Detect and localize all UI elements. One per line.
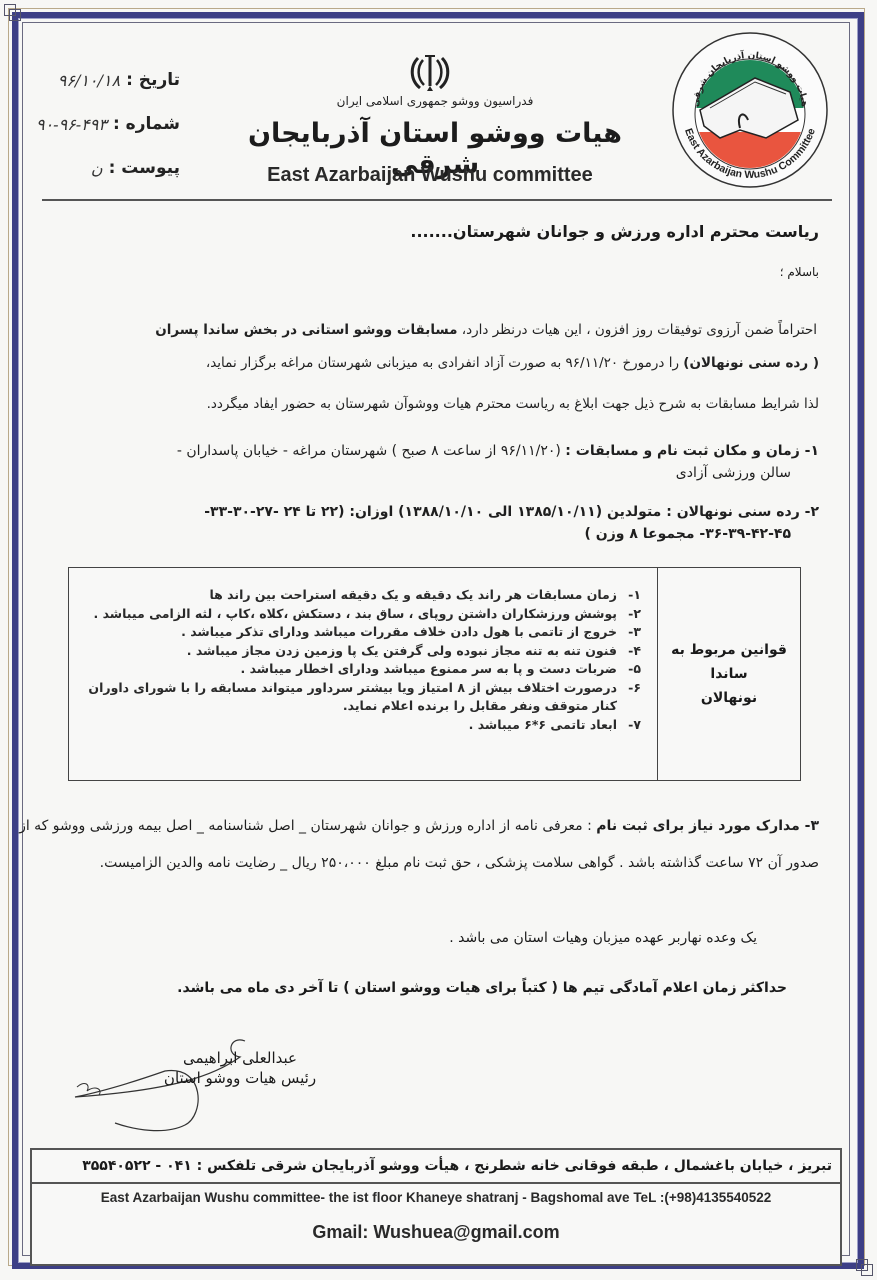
signatory-block: عبدالعلی ابراهیمی رئیس هیات ووشو استان <box>140 1048 340 1088</box>
deadline-note: حداکثر زمان اعلام آمادگی تیم ها ( کتباً … <box>177 980 787 996</box>
iran-emblem-icon <box>408 50 452 94</box>
item-time-place: ۱- زمان و مکان ثبت نام و مسابقات : (۹۶/۱… <box>19 440 819 484</box>
intro-text: احتراماً ضمن آرزوی توفیقات روز افزون ، ا… <box>462 322 817 338</box>
intro-emphasis: مسابقات ووشو استانی در بخش ساندا پسران <box>155 322 457 338</box>
rule-number: ۶- <box>617 679 641 716</box>
intro-line-1: احتراماً ضمن آرزوی توفیقات روز افزون ، ا… <box>47 322 817 338</box>
rules-heading-line: قوانین مربوط به <box>671 638 787 662</box>
rule-text: خروج از تاتمی با هول دادن خلاف مقررات می… <box>69 623 617 642</box>
item-continuation: ۳۶-۳۹-۴۲-۴۵- مجموعا ۸ وزن ) <box>19 523 819 545</box>
letter-meta: تاریخ : ۹۶/۱۰/۱۸ شماره : ۹۰-۹۶-۴۹۳ پیوست… <box>10 58 180 190</box>
rules-table-heading: قوانین مربوط به ساندا نونهالان <box>657 568 800 780</box>
header-divider <box>42 199 832 201</box>
rule-item: ۶-درصورت اختلاف بیش از ۸ امتیاز ویا بیشت… <box>69 679 641 716</box>
item-label: ۲- رده سنی نونهالان : <box>666 504 819 520</box>
rules-table: قوانین مربوط به ساندا نونهالان ۱-زمان مس… <box>68 567 801 781</box>
item-age-group: ۲- رده سنی نونهالان : متولدین (۱۳۸۵/۱۰/۱… <box>19 501 819 545</box>
attachment-label: پیوست : <box>109 158 180 178</box>
footer-address-fa: تبریز ، خیابان باغشمال ، طبقه فوقانی خان… <box>32 1150 840 1184</box>
rule-text: فنون تنه به تنه مجاز نبوده ولی گرفتن یک … <box>69 642 617 661</box>
rule-number: ۳- <box>617 623 641 642</box>
rule-item: ۴-فنون تنه به تنه مجاز نبوده ولی گرفتن ی… <box>69 642 641 661</box>
age-group-emphasis: ( رده سنی نونهالان) <box>683 355 819 371</box>
rule-text: درصورت اختلاف بیش از ۸ امتیاز ویا بیشتر … <box>69 679 617 716</box>
rule-item: ۳-خروج از تاتمی با هول دادن خلاف مقررات … <box>69 623 641 642</box>
date-value: ۹۶/۱۰/۱۸ <box>58 71 120 90</box>
item-label: ۳- مدارک مورد نیاز برای ثبت نام <box>596 818 819 834</box>
footer-email: Gmail: Wushuea@gmail.com <box>32 1222 840 1243</box>
federation-name: فدراسیون ووشو جمهوری اسلامی ایران <box>270 94 600 108</box>
signatory-name: عبدالعلی ابراهیمی <box>140 1048 340 1068</box>
rule-number: ۴- <box>617 642 641 661</box>
number-label: شماره : <box>113 114 180 134</box>
attachment-value: ن <box>91 159 103 178</box>
rule-item: ۱-زمان مسابقات هر راند یک دقیقه و یک دقی… <box>69 586 641 605</box>
intro-line-3: لذا شرایط مسابقات به شرح ذیل جهت ابلاغ ب… <box>49 396 819 412</box>
committee-title-en: East Azarbaijan Wushu committee <box>240 164 620 187</box>
footer-address-en: East Azarbaijan Wushu committee- the ist… <box>32 1190 840 1205</box>
meta-attachment: پیوست : ن <box>10 146 180 190</box>
intro-text: را درمورخ ۹۶/۱۱/۲۰ به صورت آزاد انفرادی … <box>206 355 683 371</box>
signatory-title: رئیس هیات ووشو استان <box>140 1068 340 1088</box>
item-required-documents: ۳- مدارک مورد نیاز برای ثبت نام : معرفی … <box>19 808 819 882</box>
rule-number: ۷- <box>617 716 641 735</box>
rule-text: ابعاد تاتمی ۶*۶ میباشد . <box>69 716 617 735</box>
lunch-note: یک وعده نهاربر عهده میزبان وهیات استان م… <box>449 930 757 946</box>
rule-number: ۵- <box>617 660 641 679</box>
meta-date: تاریخ : ۹۶/۱۰/۱۸ <box>10 58 180 102</box>
rule-number: ۲- <box>617 605 641 624</box>
addressee: ریاست محترم اداره ورزش و جوانان شهرستان.… <box>59 222 819 241</box>
greeting: باسلام ؛ <box>780 265 819 279</box>
rules-heading-line: نونهالان <box>671 686 787 710</box>
rule-item: ۵-ضربات دست و پا به سر ممنوع میباشد ودار… <box>69 660 641 679</box>
rule-number: ۱- <box>617 586 641 605</box>
item-text: (۹۶/۱۱/۲۰ از ساعت ۸ صبح ) شهرستان مراغه … <box>177 443 565 459</box>
intro-line-2: ( رده سنی نونهالان) را درمورخ ۹۶/۱۱/۲۰ ب… <box>49 355 819 371</box>
rule-item: ۲-پوشش ورزشکاران داشتن روپای ، ساق بند ،… <box>69 605 641 624</box>
number-value: ۹۰-۹۶-۴۹۳ <box>36 115 107 134</box>
date-label: تاریخ : <box>126 70 180 90</box>
rule-text: زمان مسابقات هر راند یک دقیقه و یک دقیقه… <box>69 586 617 605</box>
rules-list: ۱-زمان مسابقات هر راند یک دقیقه و یک دقی… <box>69 568 657 780</box>
rule-text: پوشش ورزشکاران داشتن روپای ، ساق بند ، د… <box>69 605 617 624</box>
footer-box: تبریز ، خیابان باغشمال ، طبقه فوقانی خان… <box>30 1148 842 1266</box>
item-continuation: سالن ورزشی آزادی <box>19 462 819 484</box>
rule-text: ضربات دست و پا به سر ممنوع میباشد ودارای… <box>69 660 617 679</box>
rules-heading-line: ساندا <box>671 662 787 686</box>
item-label: ۱- زمان و مکان ثبت نام و مسابقات : <box>565 443 819 459</box>
rule-item: ۷-ابعاد تاتمی ۶*۶ میباشد . <box>69 716 641 735</box>
letter-page: تاریخ : ۹۶/۱۰/۱۸ شماره : ۹۰-۹۶-۴۹۳ پیوست… <box>0 0 877 1280</box>
meta-number: شماره : ۹۰-۹۶-۴۹۳ <box>10 102 180 146</box>
item-text: متولدین (۱۳۸۵/۱۰/۱۱ الی ۱۳۸۸/۱۰/۱۰) اوزا… <box>204 504 666 520</box>
committee-logo: هیات ووشو استان آذربایجان شرقی East Azar… <box>670 30 830 190</box>
